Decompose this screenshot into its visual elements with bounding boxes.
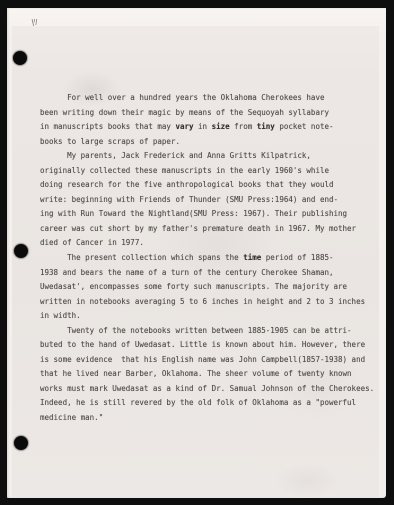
text-line: The present collection which spans the t… xyxy=(40,251,375,266)
text-line: Uwedasat', encompasses some forty such m… xyxy=(40,280,375,295)
text-line: buted to the hand of Uwedasat. Little is… xyxy=(40,338,375,353)
text-line: in width. xyxy=(40,309,375,324)
text-line: ing with Run Toward the Nightland(SMU Pr… xyxy=(40,207,375,222)
text-line: written in notebooks averaging 5 to 6 in… xyxy=(40,295,375,310)
text-line: My parents, Jack Frederick and Anna Grit… xyxy=(40,149,375,164)
text-line: is some evidence that his English name w… xyxy=(40,353,375,368)
text-line: For well over a hundred years the Oklaho… xyxy=(40,91,375,106)
text-line: doing research for the five anthropologi… xyxy=(40,178,375,193)
text-line: Indeed, he is still revered by the old f… xyxy=(40,396,375,411)
text-line: in manuscripts books that may vary in si… xyxy=(40,120,375,135)
text-line: works must mark Uwedasat as a kind of Dr… xyxy=(40,382,375,397)
hole-punch xyxy=(14,244,28,258)
scanned-document-photo: For well over a hundred years the Oklaho… xyxy=(0,0,394,505)
text-line: been writing down their magic by means o… xyxy=(40,106,375,121)
text-line: originally collected these manuscripts i… xyxy=(40,164,375,179)
ink-scribble-mark xyxy=(31,12,39,31)
text-line: books to large scraps of paper. xyxy=(40,135,375,150)
text-line: career was cut short by my father's prem… xyxy=(40,222,375,237)
text-line: write: beginning with Friends of Thunder… xyxy=(40,193,375,208)
hole-punch xyxy=(14,436,28,450)
text-line: died of Cancer in 1977. xyxy=(40,236,375,251)
paper-stain xyxy=(262,456,352,505)
text-line: medicine man." xyxy=(40,411,375,426)
typewritten-text: For well over a hundred years the Oklaho… xyxy=(40,91,375,426)
text-line: that he lived near Barber, Oklahoma. The… xyxy=(40,367,375,382)
hole-punch xyxy=(13,51,27,65)
text-line: 1938 and bears the name of a turn of the… xyxy=(40,266,375,281)
text-line: Twenty of the notebooks written between … xyxy=(40,324,375,339)
